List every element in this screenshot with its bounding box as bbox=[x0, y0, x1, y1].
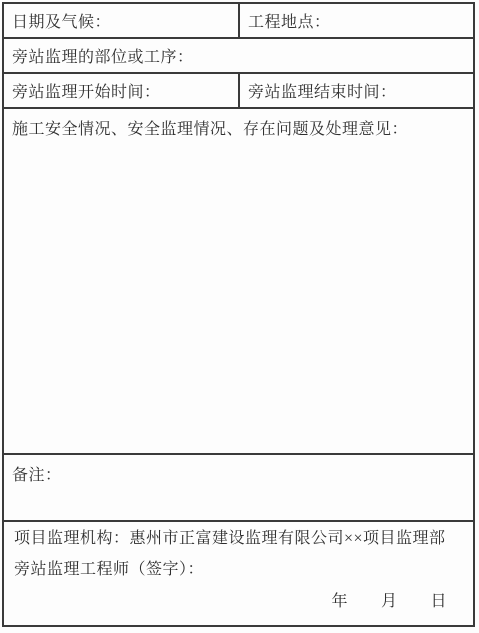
document-page: 日期及气候： 工程地点： 旁站监理的部位或工序： 旁站监理开始时间： 旁站监理结… bbox=[0, 0, 479, 633]
date-signature-line: 年 月 日 bbox=[14, 594, 473, 610]
project-location-cell: 工程地点： bbox=[240, 4, 473, 37]
engineer-signature-line: 旁站监理工程师（签字）： bbox=[14, 562, 204, 578]
safety-situation-cell: 施工安全情况、安全监理情况、存在问题及处理意见： bbox=[4, 109, 473, 453]
end-time-label: 旁站监理结束时间： bbox=[248, 79, 397, 102]
end-time-cell: 旁站监理结束时间： bbox=[240, 74, 473, 107]
start-time-cell: 旁站监理开始时间： bbox=[4, 74, 240, 107]
position-process-label: 旁站监理的部位或工序： bbox=[12, 44, 194, 67]
row-date-location: 日期及气候： 工程地点： bbox=[4, 4, 473, 39]
safety-situation-label: 施工安全情况、安全监理情况、存在问题及处理意见： bbox=[12, 116, 408, 139]
position-process-cell: 旁站监理的部位或工序： bbox=[4, 39, 473, 72]
project-location-label: 工程地点： bbox=[248, 9, 331, 32]
row-times: 旁站监理开始时间： 旁站监理结束时间： bbox=[4, 74, 473, 109]
supervision-record-table: 日期及气候： 工程地点： 旁站监理的部位或工序： 旁站监理开始时间： 旁站监理结… bbox=[2, 2, 475, 627]
date-weather-label: 日期及气候： bbox=[12, 9, 111, 32]
remarks-label: 备注： bbox=[12, 462, 62, 485]
row-position-process: 旁站监理的部位或工序： bbox=[4, 39, 473, 74]
row-footer: 项目监理机构：惠州市正富建设监理有限公司××项目监理部 旁站监理工程师（签字）：… bbox=[4, 522, 473, 625]
supervision-org-line: 项目监理机构：惠州市正富建设监理有限公司××项目监理部 bbox=[14, 531, 446, 547]
date-weather-cell: 日期及气候： bbox=[4, 4, 240, 37]
start-time-label: 旁站监理开始时间： bbox=[12, 79, 161, 102]
remarks-cell: 备注： bbox=[4, 455, 473, 520]
footer-cell: 项目监理机构：惠州市正富建设监理有限公司××项目监理部 旁站监理工程师（签字）：… bbox=[4, 522, 473, 625]
row-remarks: 备注： bbox=[4, 455, 473, 522]
row-safety-situation: 施工安全情况、安全监理情况、存在问题及处理意见： bbox=[4, 109, 473, 455]
